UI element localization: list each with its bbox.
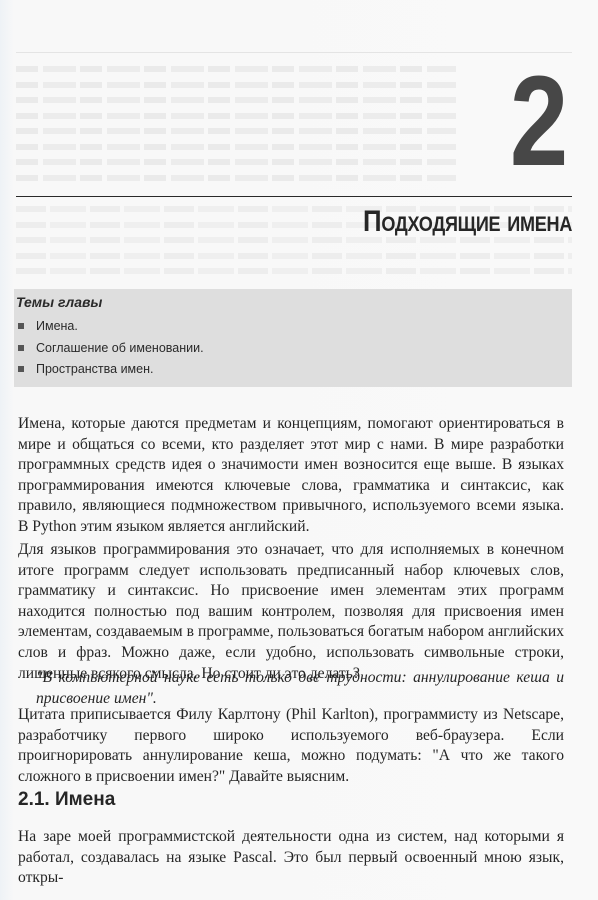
topic-item-label: Имена. [36, 318, 78, 334]
chapter-divider [16, 196, 572, 197]
topic-item: Имена. [16, 318, 204, 340]
section-heading: 2.1. Имена [18, 789, 115, 811]
topic-item: Пространства имен. [16, 361, 204, 383]
chapter-number: 2 [510, 58, 568, 186]
epigraph-quote: "В компьютерной науке есть только две тр… [36, 668, 564, 709]
bleed-through-text [16, 66, 456, 190]
bleed-through-running-header [16, 36, 572, 53]
topic-item-label: Соглашение об именовании. [36, 340, 204, 356]
section-paragraph: На заре моей программистской деятельност… [18, 827, 564, 889]
square-bullet-icon [18, 345, 24, 351]
chapter-title: Подходящие имена [363, 204, 572, 240]
topic-item: Соглашение об именовании. [16, 340, 204, 362]
chapter-topics-list: Имена. Соглашение об именовании. Простра… [16, 318, 204, 383]
chapter-topics-title: Темы главы [16, 294, 102, 310]
attribution-paragraph: Цитата приписывается Филу Карлтону (Phil… [18, 705, 564, 787]
square-bullet-icon [18, 366, 24, 372]
square-bullet-icon [18, 323, 24, 329]
book-page: 2 Подходящие имена Темы главы Имена. Сог… [0, 0, 598, 900]
language-paragraph: Для языков программирования это означает… [18, 540, 564, 684]
topic-item-label: Пространства имен. [36, 361, 153, 377]
intro-paragraph: Имена, которые даются предметам и концеп… [18, 414, 564, 538]
